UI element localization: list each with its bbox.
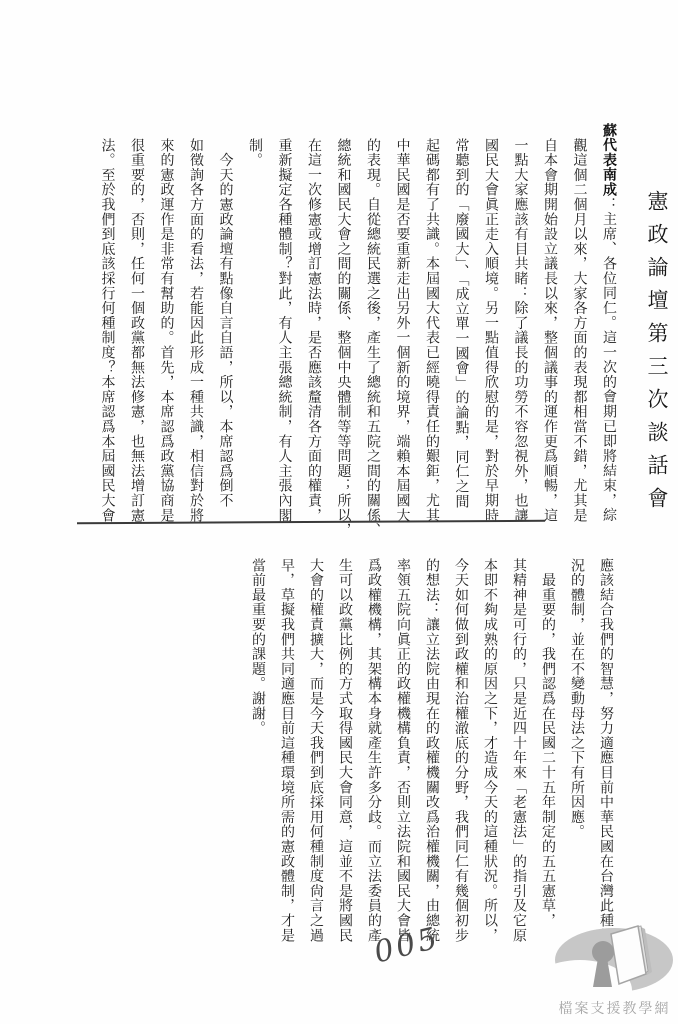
text-column: 的想法：讓立法院由現在的政權機關改爲治權機關，由總統 <box>424 558 438 956</box>
column-text: 早，草擬我們共同適應目前這種環境所需的憲政體制，才是 <box>279 558 294 943</box>
text-column: 應該結合我們的智慧，努力適應目前中華民國在台灣此種情 <box>598 558 612 956</box>
column-text: 當前最重要的課題。謝謝。 <box>250 558 265 736</box>
text-column: 自本會期開始設立議長以來，整個議事的運作更爲順暢，這 <box>542 138 556 535</box>
column-text: 應該結合我們的智慧，努力適應目前中華民國在台灣此種情 <box>598 558 613 943</box>
text-column: 蘇代表南成：主席、各位同仁。這一次的會期已即將結束，綜 <box>601 123 615 535</box>
column-text: 本即不夠成熟的原因之下，才造成今天的這種狀況。所以， <box>482 558 497 943</box>
text-column: 大會的權責擴大，而是今天我們到底採用何種制度尙言之過 <box>308 558 322 956</box>
text-column: 最重要的，我們認爲在民國二十五年制定的五五憲草， <box>540 558 554 956</box>
column-text: 生可以政黨比例的方式取得國民大會同意，這並不是將國民 <box>337 558 352 943</box>
speaker-name: 蘇代表南成 <box>601 123 616 197</box>
text-column: 一點大家應該有目共睹：除了議長的功勞不容忽視外，也讓 <box>513 138 527 535</box>
column-text: 其精神是可行的，只是近四十年來「老憲法」的指引及它原 <box>511 558 526 943</box>
column-text: 法。至於我們到底該採行何種制度？本席認爲本屆國民大會 <box>100 138 115 523</box>
text-column: 其精神是可行的，只是近四十年來「老憲法」的指引及它原 <box>511 558 525 956</box>
text-column: 生可以政黨比例的方式取得國民大會同意，這並不是將國民 <box>337 558 351 956</box>
document-page: 憲政論壇第三次談話會 蘇代表南成：主席、各位同仁。這一次的會期已即將結束，綜 觀… <box>0 0 678 1024</box>
text-column: 起碼都有了共識。本屆國大代表已經曉得責任的艱鉅，尤其 <box>424 138 438 535</box>
text-column: 法。至於我們到底該採行何種制度？本席認爲本屆國民大會 <box>100 138 114 535</box>
text-column: 本即不夠成熟的原因之下，才造成今天的這種狀況。所以， <box>482 558 496 956</box>
column-text: 今天如何做到政權和治權澈底的分野，我們同仁有幾個初步 <box>453 558 468 943</box>
column-text: 況的體制，並在不變動母法之下有所因應。 <box>569 558 584 839</box>
text-column: 早，草擬我們共同適應目前這種環境所需的憲政體制，才是 <box>279 558 293 956</box>
text-column: 重新擬定各種體制？對此，有人主張總統制，有人主張內閣 <box>277 138 291 535</box>
column-text: 率領五院向眞正的政權機構負責，否則立法院和國民大會皆 <box>395 558 410 943</box>
text-column: 今天如何做到政權和治權澈底的分野，我們同仁有幾個初步 <box>453 558 467 956</box>
column-text: 常聽到的「廢國大」、「成立單一國會」的論點，同仁之間 <box>454 138 469 509</box>
text-column: 常聽到的「廢國大」、「成立單一國會」的論點，同仁之間 <box>454 138 468 535</box>
column-text: 重新擬定各種體制？對此，有人主張總統制，有人主張內閣 <box>277 138 292 523</box>
column-text: 的想法：讓立法院由現在的政權機關改爲治權機關，由總統 <box>424 558 439 943</box>
column-text: 最重要的，我們認爲在民國二十五年制定的五五憲草， <box>540 558 555 928</box>
column-text: 總統和國民大會之間的關係、整個中央體制等等問題；所以， <box>336 138 351 538</box>
watermark-label: 檔案支援教學網 <box>551 998 678 1018</box>
text-column: 很重要的，否則，任何一個政黨都無法修憲，也無法增訂憲 <box>129 138 143 535</box>
column-text: 如徵詢各方面的看法，若能因此形成一種共識，相信對於將 <box>188 138 203 523</box>
column-text: 在這一次修憲或增訂憲法時，是否應該釐清各方面的權責， <box>306 138 321 523</box>
text-column: 今天的憲政論壇有點像自言自語，所以，本席認爲倒不 <box>218 138 232 535</box>
column-text: 的表現。自從總統民選之後，產生了總統和五院之間的關係、 <box>365 138 380 538</box>
watermark-logo: 檔案支援教學網 <box>551 924 678 1018</box>
column-text: 今天的憲政論壇有點像自言自語，所以，本席認爲倒不 <box>218 138 233 508</box>
column-text: 國民大會眞正走入順境。另一點值得欣慰的是，對於早期時 <box>483 138 498 523</box>
speech-top-block: 蘇代表南成：主席、各位同仁。這一次的會期已即將結束，綜 觀這個二個月以來，大家各… <box>84 123 615 535</box>
book-keyhole-icon <box>551 924 678 996</box>
column-text: ：主席、各位同仁。這一次的會期已即將結束，綜 <box>601 197 616 523</box>
column-text: 起碼都有了共識。本屆國大代表已經曉得責任的艱鉅，尤其 <box>424 138 439 523</box>
column-text: 很重要的，否則，任何一個政黨都無法修憲，也無法增訂憲 <box>129 138 144 523</box>
text-column: 如徵詢各方面的看法，若能因此形成一種共識，相信對於將 <box>188 138 202 535</box>
text-column: 爲政權機構，其架構本身就產生許多分歧。而立法委員的產 <box>366 558 380 956</box>
column-text: 爲政權機構，其架構本身就產生許多分歧。而立法委員的產 <box>366 558 381 943</box>
text-column: 的表現。自從總統民選之後，產生了總統和五院之間的關係、 <box>365 138 379 535</box>
text-column: 率領五院向眞正的政權機構負責，否則立法院和國民大會皆 <box>395 558 409 956</box>
text-column: 況的體制，並在不變動母法之下有所因應。 <box>569 558 583 956</box>
text-column: 中華民國是否要重新走出另外一個新的境界，端賴本屆國大 <box>395 138 409 535</box>
column-text: 觀這個二個月以來，大家各方面的表現都相當不錯，尤其是 <box>572 138 587 523</box>
column-text: 來的憲政運作是非常有幫助的。首先，本席認爲政黨協商是 <box>159 138 174 523</box>
column-text: 自本會期開始設立議長以來，整個議事的運作更爲順暢，這 <box>542 138 557 523</box>
text-column: 制。 <box>247 138 261 535</box>
page-header-title: 憲政論壇第三次談話會 <box>646 190 667 535</box>
text-column: 在這一次修憲或增訂憲法時，是否應該釐清各方面的權責， <box>306 138 320 535</box>
text-column: 國民大會眞正走入順境。另一點值得欣慰的是，對於早期時 <box>483 138 497 535</box>
text-column: 觀這個二個月以來，大家各方面的表現都相當不錯，尤其是 <box>572 138 586 535</box>
column-text: 中華民國是否要重新走出另外一個新的境界，端賴本屆國大 <box>395 138 410 523</box>
speech-bottom-block: 應該結合我們的智慧，努力適應目前中華民國在台灣此種情 況的體制，並在不變動母法之… <box>235 558 612 956</box>
text-column: 來的憲政運作是非常有幫助的。首先，本席認爲政黨協商是 <box>159 138 173 535</box>
text-column: 總統和國民大會之間的關係、整個中央體制等等問題；所以， <box>336 138 350 535</box>
column-text: 大會的權責擴大，而是今天我們到底採用何種制度尙言之過 <box>308 558 323 943</box>
column-text: 制。 <box>247 138 262 168</box>
column-text: 一點大家應該有目共睹：除了議長的功勞不容忽視外，也讓 <box>513 138 528 523</box>
text-column: 當前最重要的課題。謝謝。 <box>250 558 264 956</box>
